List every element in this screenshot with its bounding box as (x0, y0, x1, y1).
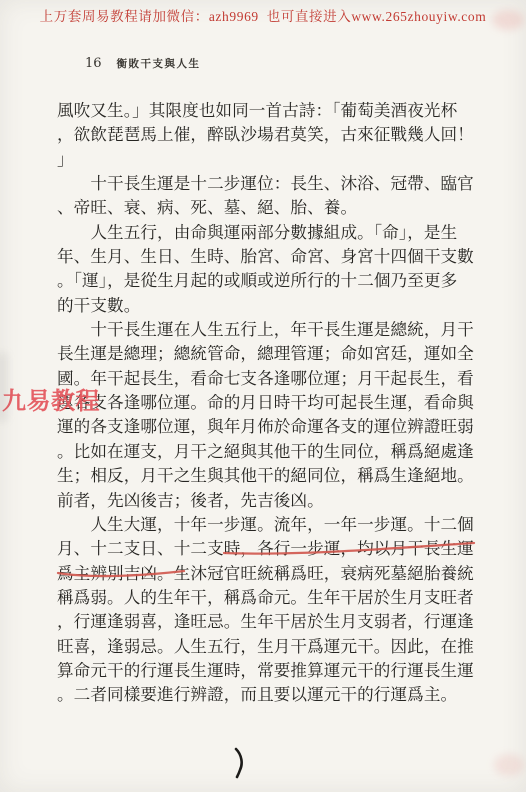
text-line: ，行運逢弱喜，逢旺忌。生年干居於生月支弱者，行運逢 (57, 610, 477, 634)
text-line: 生；相反，月干之生與其他干的絕同位，稱爲生逢絕地。 (57, 464, 477, 488)
scan-smudge (0, 352, 8, 422)
scan-smudge (494, 754, 524, 776)
ink-mark (236, 749, 242, 777)
text-line: 的干支數。 (57, 294, 477, 318)
page-number: 16 (85, 56, 102, 71)
text-line: 。「運」，是從生月起的或順或逆所行的十二個乃至更多 (57, 269, 477, 293)
text-line: 月、十二支日、十二支時，各行一步運，均以月干長生運 (57, 537, 477, 561)
scanned-book-page: 上万套周易教程请加微信：azh9969 也可直接进入www.265zhouyiw… (0, 0, 526, 792)
text-line: 運的各支逢哪位運，與年月佈於命運各支的運位辨證旺弱 (57, 415, 477, 439)
scan-smudge (492, 10, 524, 30)
running-head: 16 衡敗干支與人生 (85, 56, 201, 71)
text-line: 旺喜，逢弱忌。人生五行，生月干爲運元干。因此，在推 (57, 635, 477, 659)
ad-banner-text: 上万套周易教程请加微信：azh9969 也可直接进入www.265zhouyiw… (0, 5, 526, 25)
text-line: 人生大運，十年一步運。流年，一年一步運。十二個 (57, 513, 477, 537)
text-line: 。比如在運支，月干之絕與其他干的生同位，稱爲絕處逢 (57, 440, 477, 464)
book-title: 衡敗干支與人生 (117, 56, 201, 71)
text-line: ，欲飲琵琶馬上催，醉臥沙場君莫笑，古來征戰幾人回！ (57, 123, 477, 147)
text-line: 爲主辨別吉凶。生沐冠官旺統稱爲旺，衰病死墓絕胎養統 (57, 562, 477, 586)
text-line: 稱爲弱。人的生年干，稱爲命元。生年干居於生月支旺者 (57, 586, 477, 610)
text-line: 、帝旺、衰、病、死、墓、絕、胎、養。 (57, 196, 477, 220)
text-line: 人生五行，由命與運兩部分數據組成。「命」，是生 (57, 221, 477, 245)
text-line: 」 (57, 148, 477, 172)
text-line: 年、生月、生日、生時、胎宮、命宮、身宮十四個干支數 (57, 245, 477, 269)
text-line: 國。年干起長生，看命七支各逢哪位運；月干起長生，看 (57, 367, 477, 391)
text-line: 十干長生運是十二步運位：長生、沐浴、冠帶、臨官 (57, 172, 477, 196)
text-line: 。二者同樣要進行辨證，而且要以運元干的行運爲主。 (57, 683, 477, 707)
site-watermark: 九易教程 (2, 381, 100, 416)
text-line: 十干長生運在人生五行上，年干長生運是總統，月干 (57, 318, 477, 342)
text-line: 長生運是總理；總統管命，總理管運；命如宮廷，運如全 (57, 342, 477, 366)
text-line: 前者，先凶後吉；後者，先吉後凶。 (57, 489, 477, 513)
text-line: 風吹又生。」其限度也如同一首古詩：「葡萄美酒夜光杯 (57, 99, 477, 123)
body-text-block: 風吹又生。」其限度也如同一首古詩：「葡萄美酒夜光杯 ，欲飲琵琶馬上催，醉臥沙場君… (57, 99, 477, 708)
text-line: 算命元干的行運長生運時，常要推算運元干的行運長生運 (57, 659, 477, 683)
text-line: 運各支各逢哪位運。命的月日時干均可起長生運，看命與 (57, 391, 477, 415)
